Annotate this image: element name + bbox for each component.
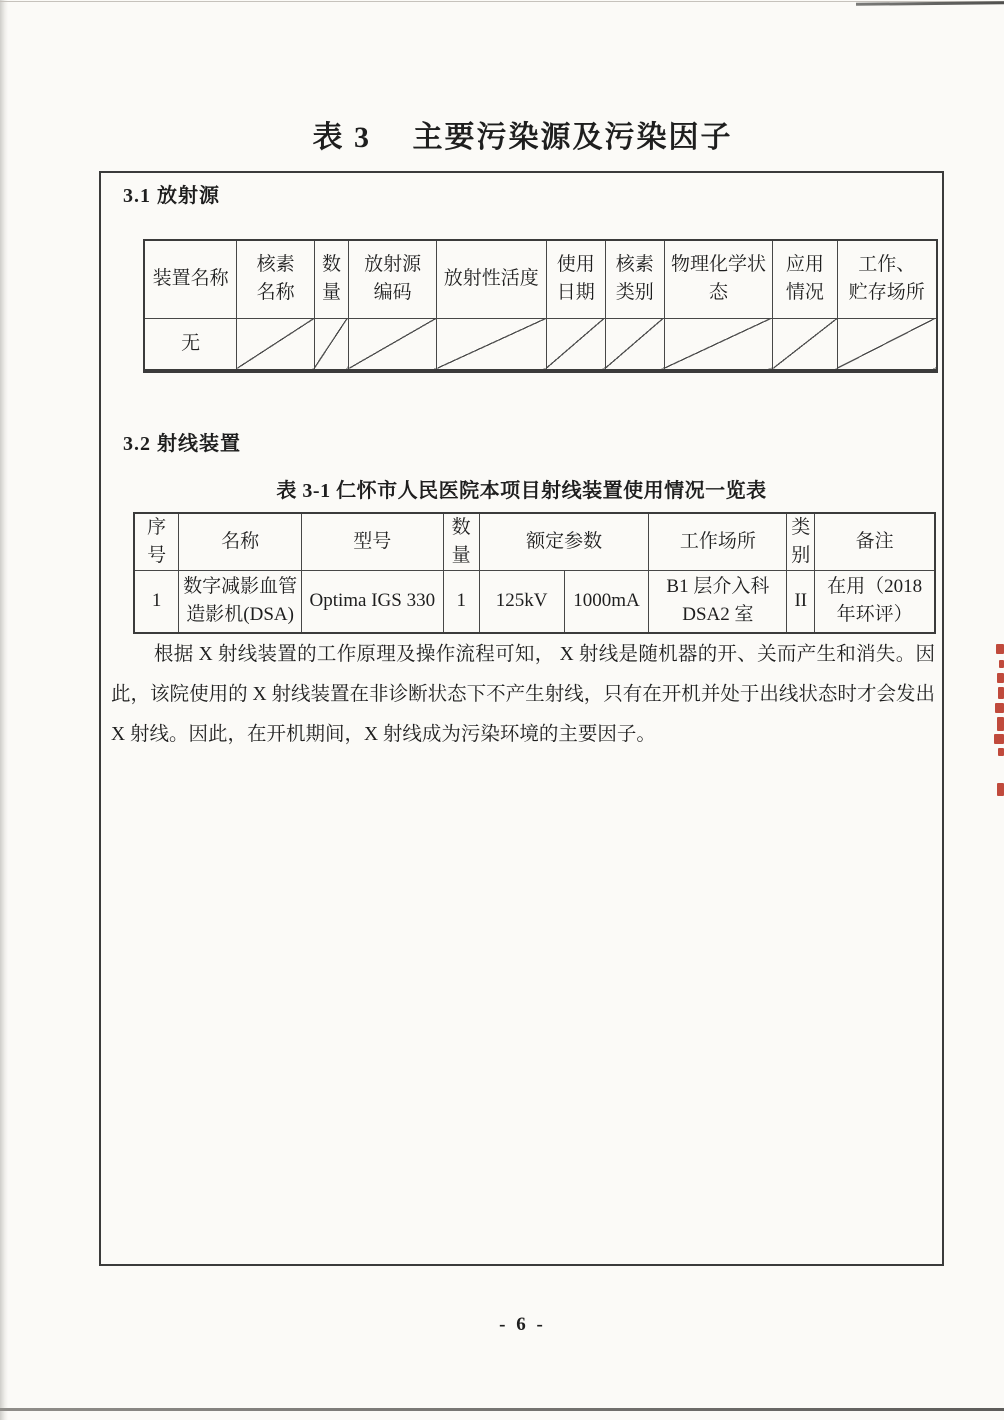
- red-mark-fragment: [997, 783, 1004, 796]
- red-mark-fragment: [997, 673, 1004, 683]
- cell-slashed-empty: [837, 318, 937, 371]
- table-row: 无: [144, 318, 937, 371]
- col-header-work-storage-place: 工作、 贮存场所: [837, 240, 937, 318]
- cell-category: II: [787, 571, 815, 633]
- table-row: 1 数字减影血管 造影机(DSA) Optima IGS 330 1 125kV…: [134, 571, 935, 633]
- red-mark-fragment: [998, 748, 1004, 756]
- section-3-1-heading: 3.1 放射源: [123, 179, 220, 208]
- scanned-document-page: 表 3 主要污染源及污染因子 3.1 放射源 装置名称 核素 名称 数 量 放射…: [0, 0, 1004, 1420]
- cell-slashed-empty: [314, 318, 348, 371]
- cell-device-name: 数字减影血管 造影机(DSA): [179, 571, 302, 633]
- col-header-use-date: 使用 日期: [546, 240, 605, 318]
- cell-device-name-none: 无: [144, 318, 237, 371]
- table-3-1-caption: 表 3-1 仁怀市人民医院本项目射线装置使用情况一览表: [101, 474, 942, 503]
- cell-slashed-empty: [237, 318, 315, 371]
- page-title: 表 3 主要污染源及污染因子: [100, 112, 945, 156]
- page-number: - 6 -: [100, 1314, 945, 1336]
- red-mark-fragment: [999, 660, 1004, 668]
- red-mark-fragment: [998, 687, 1004, 699]
- scan-top-right-edge-line: [856, 1, 1004, 6]
- red-mark-fragment: [997, 717, 1004, 731]
- cell-workplace: B1 层介入科 DSA2 室: [649, 571, 787, 633]
- red-mark-fragment: [996, 644, 1004, 654]
- col-header-nuclide-name: 核素 名称: [237, 240, 315, 318]
- col-header-remark: 备注: [815, 513, 935, 571]
- table-header-row: 装置名称 核素 名称 数 量 放射源 编码 放射性活度 使用 日期 核素 类别 …: [144, 240, 937, 318]
- cell-rated-kv: 125kV: [479, 571, 564, 633]
- col-header-workplace: 工作场所: [649, 513, 787, 571]
- col-header-activity: 放射性活度: [437, 240, 546, 318]
- col-header-source-code: 放射源 编码: [349, 240, 437, 318]
- col-header-name: 名称: [179, 513, 302, 571]
- col-header-nuclide-category: 核素 类别: [605, 240, 664, 318]
- col-header-model: 型号: [301, 513, 443, 571]
- section-3-2-heading: 3.2 射线装置: [123, 427, 241, 456]
- col-header-serial-number: 序 号: [134, 513, 179, 571]
- scan-left-edge-shadow: [0, 0, 8, 1420]
- red-margin-stamp-clipped: [986, 640, 1004, 810]
- cell-slashed-empty: [437, 318, 546, 371]
- cell-quantity: 1: [443, 571, 479, 633]
- col-header-rated-parameters: 额定参数: [479, 513, 649, 571]
- col-header-category: 类 别: [787, 513, 815, 571]
- radiation-source-table: 装置名称 核素 名称 数 量 放射源 编码 放射性活度 使用 日期 核素 类别 …: [143, 239, 938, 373]
- red-mark-fragment: [995, 703, 1004, 713]
- col-header-quantity: 数 量: [314, 240, 348, 318]
- ray-device-usage-table: 序 号 名称 型号 数 量 额定参数 工作场所 类 别 备注 1 数字减影血管 …: [133, 512, 936, 634]
- cell-slashed-empty: [349, 318, 437, 371]
- table-header-row: 序 号 名称 型号 数 量 额定参数 工作场所 类 别 备注: [134, 513, 935, 571]
- cell-slashed-empty: [546, 318, 605, 371]
- scan-bottom-edge-line: [0, 1408, 1004, 1411]
- scan-top-edge-line: [0, 1, 1004, 2]
- cell-rated-ma: 1000mA: [564, 571, 649, 633]
- cell-slashed-empty: [664, 318, 773, 371]
- cell-slashed-empty: [605, 318, 664, 371]
- cell-remark: 在用（2018 年环评）: [815, 571, 935, 633]
- col-header-quantity: 数 量: [443, 513, 479, 571]
- body-paragraph: 根据 X 射线装置的工作原理及操作流程可知， X 射线是随机器的开、关而产生和消…: [111, 635, 935, 755]
- col-header-physchem-state: 物理化学状 态: [664, 240, 773, 318]
- col-header-application: 应用 情况: [773, 240, 837, 318]
- cell-model: Optima IGS 330: [301, 571, 443, 633]
- col-header-device-name: 装置名称: [144, 240, 237, 318]
- red-mark-fragment: [994, 734, 1004, 744]
- cell-serial-number: 1: [134, 571, 179, 633]
- cell-slashed-empty: [773, 318, 837, 371]
- content-frame: 3.1 放射源 装置名称 核素 名称 数 量 放射源 编码 放射性活度 使用 日…: [99, 171, 944, 1266]
